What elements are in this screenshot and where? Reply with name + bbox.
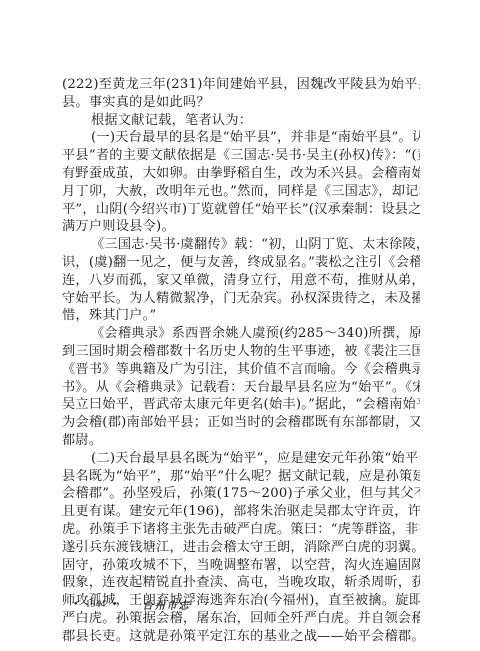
text-line: 严白虎。孙策据会稽，屠东冶，回师全歼严白虎。并自领会稽郡太守，尽更置会稽 xyxy=(62,610,420,628)
text-line: 月丁卯，大赦，改明年元也。”然而，同样是《三国志》，却记载天台最早县名是“始 xyxy=(62,183,420,201)
text-line: 会稽郡”。孙坚殁后，孙策(175～200)子承父业，但与其父不同，不但有孙坚之勇… xyxy=(62,485,420,503)
text-line: 《晋书》等典籍及广为引注，其价值不言而喻。今《会稽典录》两卷收入《四明丛 xyxy=(62,361,420,379)
text-line: 到三国时期会稽郡数十名历史人物的生平事迹，被《裴注三国志》、《太平御览》、 xyxy=(62,343,420,361)
text-line: 识，(虞)翻一见之，便与友善，终成显名。”裴松之注引《会稽典录》曰：“(丁)览字… xyxy=(62,254,420,272)
paragraph: (222)至黄龙三年(231)年间建始平县，因魏改平陵县为始平县，故吴改称南始平… xyxy=(62,76,420,112)
text-line: 虎。孙策手下诸将主张先击破严白虎。策曰：“虎等群盗，非有大志，此成禽耳。”策 xyxy=(62,521,420,539)
text-line: 吴立曰始平，晋武帝太康元年更名(始丰)。”据此，“会稽南始平县言嘉禾生”：应读 xyxy=(62,396,420,414)
text-line: 县。事实真的是如此吗？ xyxy=(62,94,420,112)
section-heading-line: (一)天台最早的县名是“始平县”，并非是“南始平县”。认为天台县名为“南始 xyxy=(62,129,420,147)
section-heading-line: (二)天台最早县名既为“始平”，应是建安元年孙策“始平会稽郡”。天台最早 xyxy=(62,450,420,468)
text-line: 满万户则设县令)。 xyxy=(62,218,420,236)
text-line: 连，八岁而孤，家又单微，清身立行，用意不苟，推财从弟，以义让称。仕郡至功曹， xyxy=(62,272,420,290)
text-line: 有野蚕成茧，大如卵。由拳野稻自生，改为禾兴县。会稽南始平县言嘉禾生。十二 xyxy=(62,165,420,183)
text-line: 《会稽典录》系西晋余姚人虞预(约285～340)所撰，原为24卷，记载了从春秋 xyxy=(62,325,420,343)
text-line: (222)至黄龙三年(231)年间建始平县，因魏改平陵县为始平县，故吴改称南始平 xyxy=(62,76,420,94)
text-line: 守始平长。为人精微絜净，门无杂宾。孙权深贵待之，未及擢用，会病卒，甚见痛 xyxy=(62,290,420,308)
text-line: 都尉。 xyxy=(62,432,420,450)
text-line: 郡县长吏。这就是孙策平定江东的基业之战——始平会稽郡。 xyxy=(62,628,420,646)
text-line: 平县”者的主要文献依据是《三国志·吴书·吴主(孙权)传》：“(黄龙)三年(231… xyxy=(62,147,420,165)
text-line: 为会稽(郡)南部始平县；正如当时的会稽郡既有东部都尉，又有西部都尉和南部 xyxy=(62,414,420,432)
document-body: (222)至黄龙三年(231)年间建始平县，因魏改平陵县为始平县，故吴改称南始平… xyxy=(62,76,420,646)
page-footer: • 1944 • 台州市志 xyxy=(66,597,191,612)
text-line: 且更有谋。建安元年(196)，部将朱治驱走吴郡太守许贡，许贡投奔吴郡豪帅严白 xyxy=(62,503,420,521)
text-line: 《三国志·吴书·虞翻传》载：“初，山阴丁览、太末徐陵，或在县吏之中，或众所未 xyxy=(62,236,420,254)
text-line: 遂引兵东渡钱塘江，进击会稽太守王朗，消除严白虎的羽翼。王朗出战失利后拒城 xyxy=(62,539,420,557)
paragraph: 根据文献记载，笔者认为： xyxy=(62,112,420,130)
paragraph: 《三国志·吴书·虞翻传》载：“初，山阴丁览、太末徐陵，或在县吏之中，或众所未 识… xyxy=(62,236,420,325)
paragraph-section-two: (二)天台最早县名既为“始平”，应是建安元年孙策“始平会稽郡”。天台最早 县名既… xyxy=(62,450,420,646)
page-number: 1944 xyxy=(85,599,105,610)
text-line: 固守，孙策攻城不下，当晚调整布署，以空营，沟火连遍固陵南道，造成增兵强攻的 xyxy=(62,557,420,575)
bullet-separator: • xyxy=(73,600,78,610)
paragraph: 《会稽典录》系西晋余姚人虞预(约285～340)所撰，原为24卷，记载了从春秋 … xyxy=(62,325,420,450)
text-line: 根据文献记载，笔者认为： xyxy=(62,112,420,130)
text-line: 平”，山阴(今绍兴市)丁览就曾任“始平长”(汉承秦制：设县之民不足万户，设县长； xyxy=(62,201,420,219)
text-line: 县名既为“始平”，那“始平”什么呢？据文献记载，应是孙策建安元年(196)“始平 xyxy=(62,468,420,486)
text-line: 书》。从《会稽典录》记载看：天台最早县名应为“始平”。《宋书·州郡志》：“始丰令… xyxy=(62,379,420,397)
text-line: 惜，殊其门户。” xyxy=(62,307,420,325)
paragraph-section-one: (一)天台最早的县名是“始平县”，并非是“南始平县”。认为天台县名为“南始 平县… xyxy=(62,129,420,236)
book-title: 台州市志 xyxy=(143,597,191,612)
text-line: 假象，连夜起精锐直扑查渎、高屯，当晚攻取，斩杀周昕，获全部粮饷军械，第二天回 xyxy=(62,574,420,592)
bullet-separator: • xyxy=(112,600,117,610)
